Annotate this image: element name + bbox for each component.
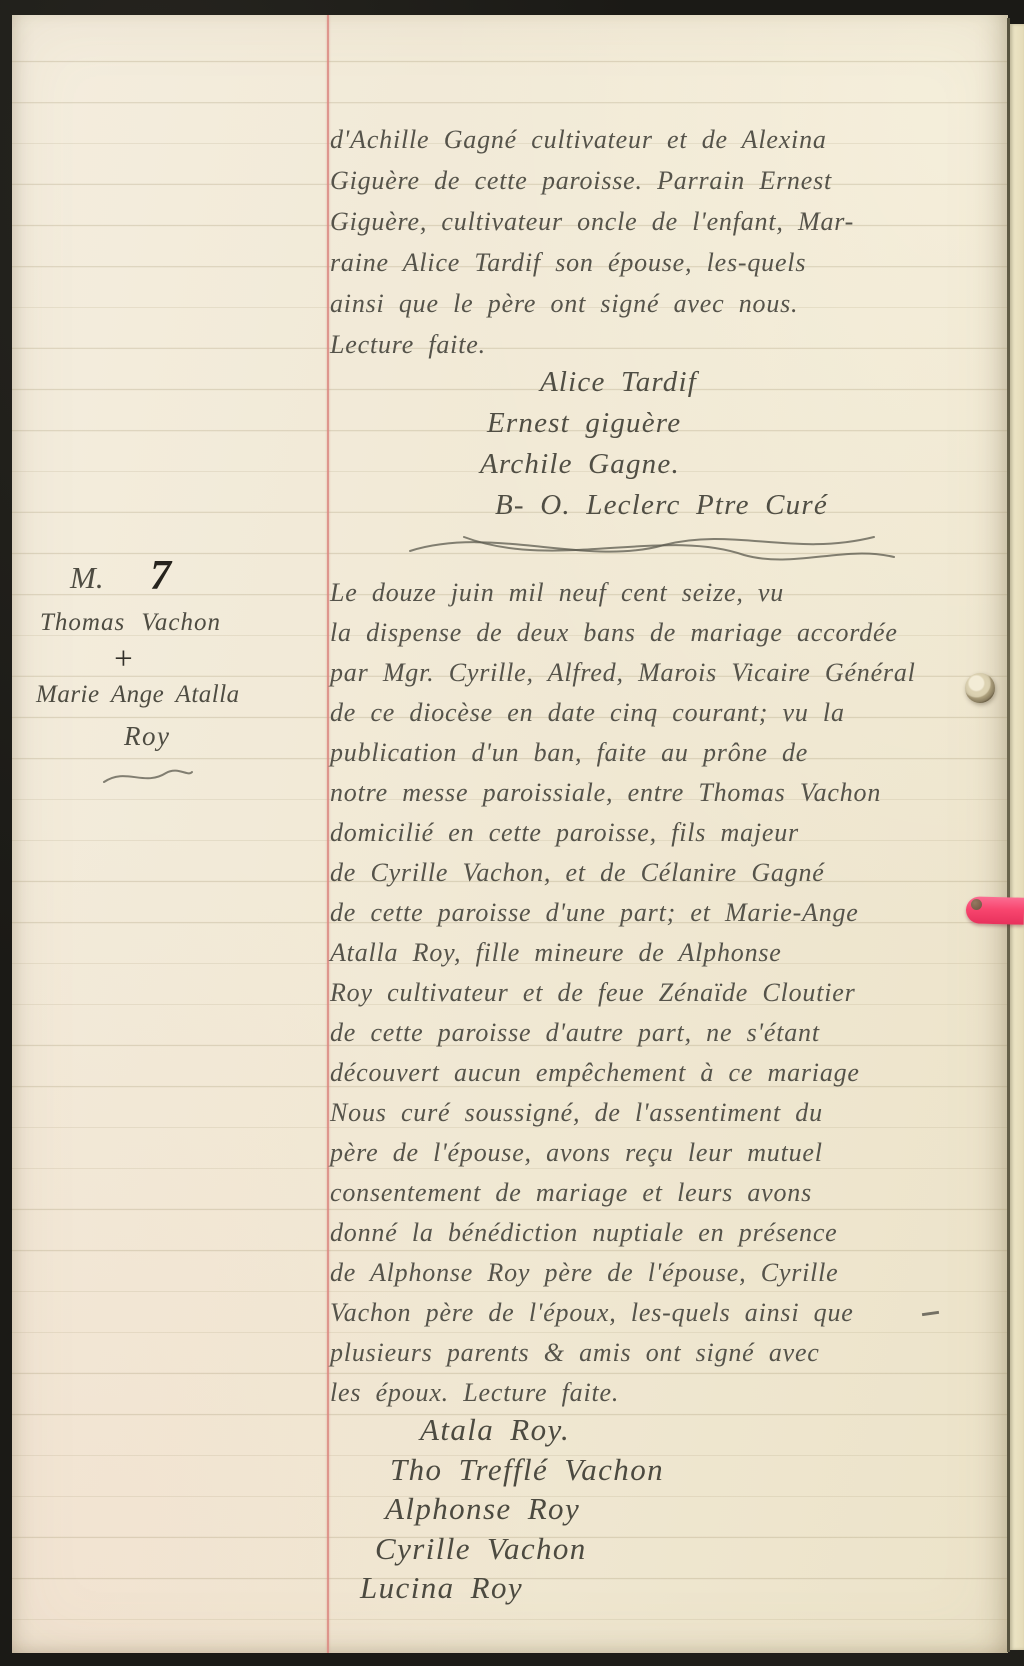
handwriting-line: publication d'un ban, faite au prône de (330, 733, 916, 773)
handwriting-line: donné la bénédiction nuptiale en présenc… (330, 1213, 916, 1253)
groom-name: Thomas Vachon (40, 609, 221, 637)
bride-name-line-1: Marie Ange Atalla (36, 681, 240, 709)
handwriting-line: Atalla Roy, fille mineure de Alphonse (330, 933, 916, 973)
union-plus-symbol: + (112, 641, 134, 678)
marriage-record-signatures: Atala Roy.Tho Trefflé VachonAlphonse Roy… (360, 1410, 664, 1608)
handwriting-line: de cette paroisse d'une part; et Marie-A… (330, 893, 916, 933)
signature-line: Atala Roy. (360, 1410, 664, 1450)
handwriting-line: par Mgr. Cyrille, Alfred, Marois Vicaire… (330, 653, 916, 693)
record-type-label: M. (70, 560, 104, 596)
register-page: d'Achille Gagné cultivateur et de Alexin… (12, 15, 1008, 1653)
cure-paraph-flourish (402, 515, 902, 577)
handwriting-line: raine Alice Tardif son épouse, les-quels (330, 242, 854, 283)
margin-rule-line (327, 15, 329, 1653)
handwriting-line: Vachon père de l'époux, les-quels ainsi … (330, 1293, 916, 1333)
handwriting-line: Nous curé soussigné, de l'assentiment du (330, 1093, 916, 1133)
handwriting-line: plusieurs parents & amis ont signé avec (330, 1333, 916, 1373)
binding-hole (965, 673, 995, 703)
handwriting-line: père de l'épouse, avons reçu leur mutuel (330, 1133, 916, 1173)
handwriting-line: découvert aucun empêchement à ce mariage (330, 1053, 916, 1093)
margin-flourish (100, 763, 196, 791)
signature-line: Alice Tardif (480, 362, 828, 403)
adjacent-page-edge (1010, 24, 1024, 1650)
handwriting-line: Giguère de cette paroisse. Parrain Ernes… (330, 160, 854, 201)
previous-record-body: d'Achille Gagné cultivateur et de Alexin… (330, 119, 854, 365)
signature-line: Alphonse Roy (360, 1489, 664, 1529)
handwriting-line: la dispense de deux bans de mariage acco… (330, 613, 916, 653)
register-scan-background: d'Achille Gagné cultivateur et de Alexin… (0, 0, 1024, 1666)
handwriting-line: de Alphonse Roy père de l'épouse, Cyrill… (330, 1253, 916, 1293)
handwriting-line: les époux. Lecture faite. (330, 1373, 916, 1413)
handwriting-line: Giguère, cultivateur oncle de l'enfant, … (330, 201, 854, 242)
handwriting-line: Le douze juin mil neuf cent seize, vu (330, 573, 916, 613)
signature-line: Ernest giguère (480, 403, 828, 444)
signature-line: Archile Gagne. (480, 444, 828, 485)
handwriting-line: de cette paroisse d'autre part, ne s'éta… (330, 1013, 916, 1053)
handwriting-line: Roy cultivateur et de feue Zénaïde Clout… (330, 973, 916, 1013)
record-number: 7 (150, 552, 171, 600)
handwriting-line: notre messe paroissiale, entre Thomas Va… (330, 773, 916, 813)
handwriting-line: domicilié en cette paroisse, fils majeur (330, 813, 916, 853)
handwriting-line: d'Achille Gagné cultivateur et de Alexin… (330, 119, 854, 160)
ribbon-knot (971, 899, 982, 910)
handwriting-line: consentement de mariage et leurs avons (330, 1173, 916, 1213)
handwriting-line: Lecture faite. (330, 324, 854, 365)
marriage-record-body: Le douze juin mil neuf cent seize, vula … (330, 573, 916, 1413)
handwriting-line: ainsi que le père ont signé avec nous. (330, 283, 854, 324)
signature-line: Tho Trefflé Vachon (360, 1450, 664, 1490)
signature-line: Cyrille Vachon (360, 1529, 664, 1569)
previous-record-signatures: Alice TardifErnest giguèreArchile Gagne.… (480, 362, 828, 526)
bride-name-line-2: Roy (124, 721, 170, 752)
handwriting-line: de ce diocèse en date cinq courant; vu l… (330, 693, 916, 733)
handwriting-line: de Cyrille Vachon, et de Célanire Gagné (330, 853, 916, 893)
signature-line: Lucina Roy (360, 1568, 664, 1608)
